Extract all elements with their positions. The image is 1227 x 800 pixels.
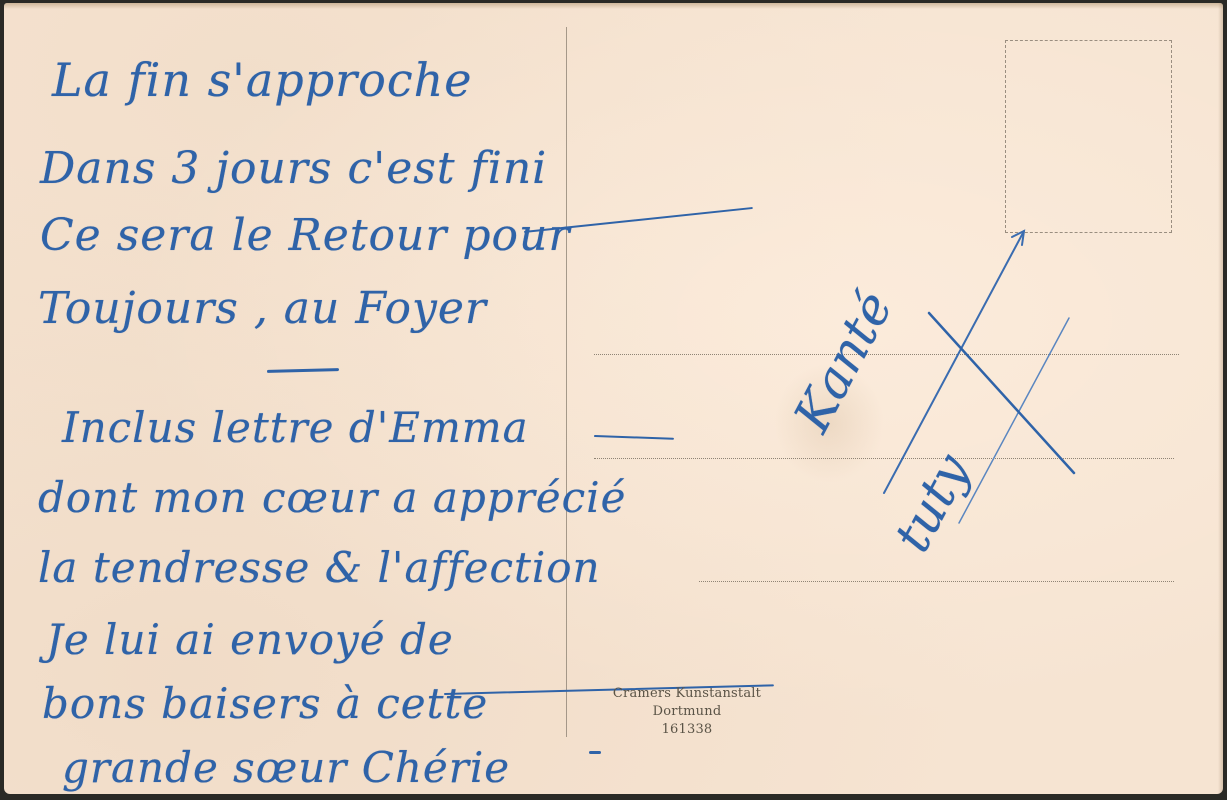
publisher-name: Cramers Kunstanstalt	[582, 685, 792, 703]
publisher-imprint: Cramers Kunstanstalt Dortmund 161338	[582, 685, 792, 739]
message-line-10: grande sœur Chérie	[62, 743, 510, 792]
message-line-8: Je lui ai envoyé de	[46, 615, 454, 664]
message-line-2: Dans 3 jours c'est fini	[40, 143, 547, 194]
center-divider-line	[566, 27, 567, 737]
message-line-9: bons baisers à cette	[42, 679, 488, 728]
message-line-3: Ce sera le Retour pour	[40, 210, 570, 261]
message-line-5: Inclus lettre d'Emma	[62, 403, 529, 452]
stamp-box	[1005, 40, 1172, 233]
section-underline	[267, 368, 339, 373]
postcard-back: La fin s'approche Dans 3 jours c'est fin…	[4, 3, 1223, 794]
postcard-scan: La fin s'approche Dans 3 jours c'est fin…	[0, 0, 1227, 800]
card-number: 161338	[582, 721, 792, 739]
message-line-4: Toujours , au Foyer	[38, 283, 487, 334]
address-line-3	[699, 581, 1174, 582]
message-line-1: La fin s'approche	[52, 53, 472, 107]
signature-flourish-icon	[874, 223, 1084, 523]
message-line-7: la tendresse & l'affection	[38, 543, 601, 592]
publisher-city: Dortmund	[582, 703, 792, 721]
message-line-6: dont mon cœur a apprécié	[38, 473, 626, 522]
ink-stroke-emma	[594, 435, 674, 440]
closing-dash	[589, 751, 601, 754]
